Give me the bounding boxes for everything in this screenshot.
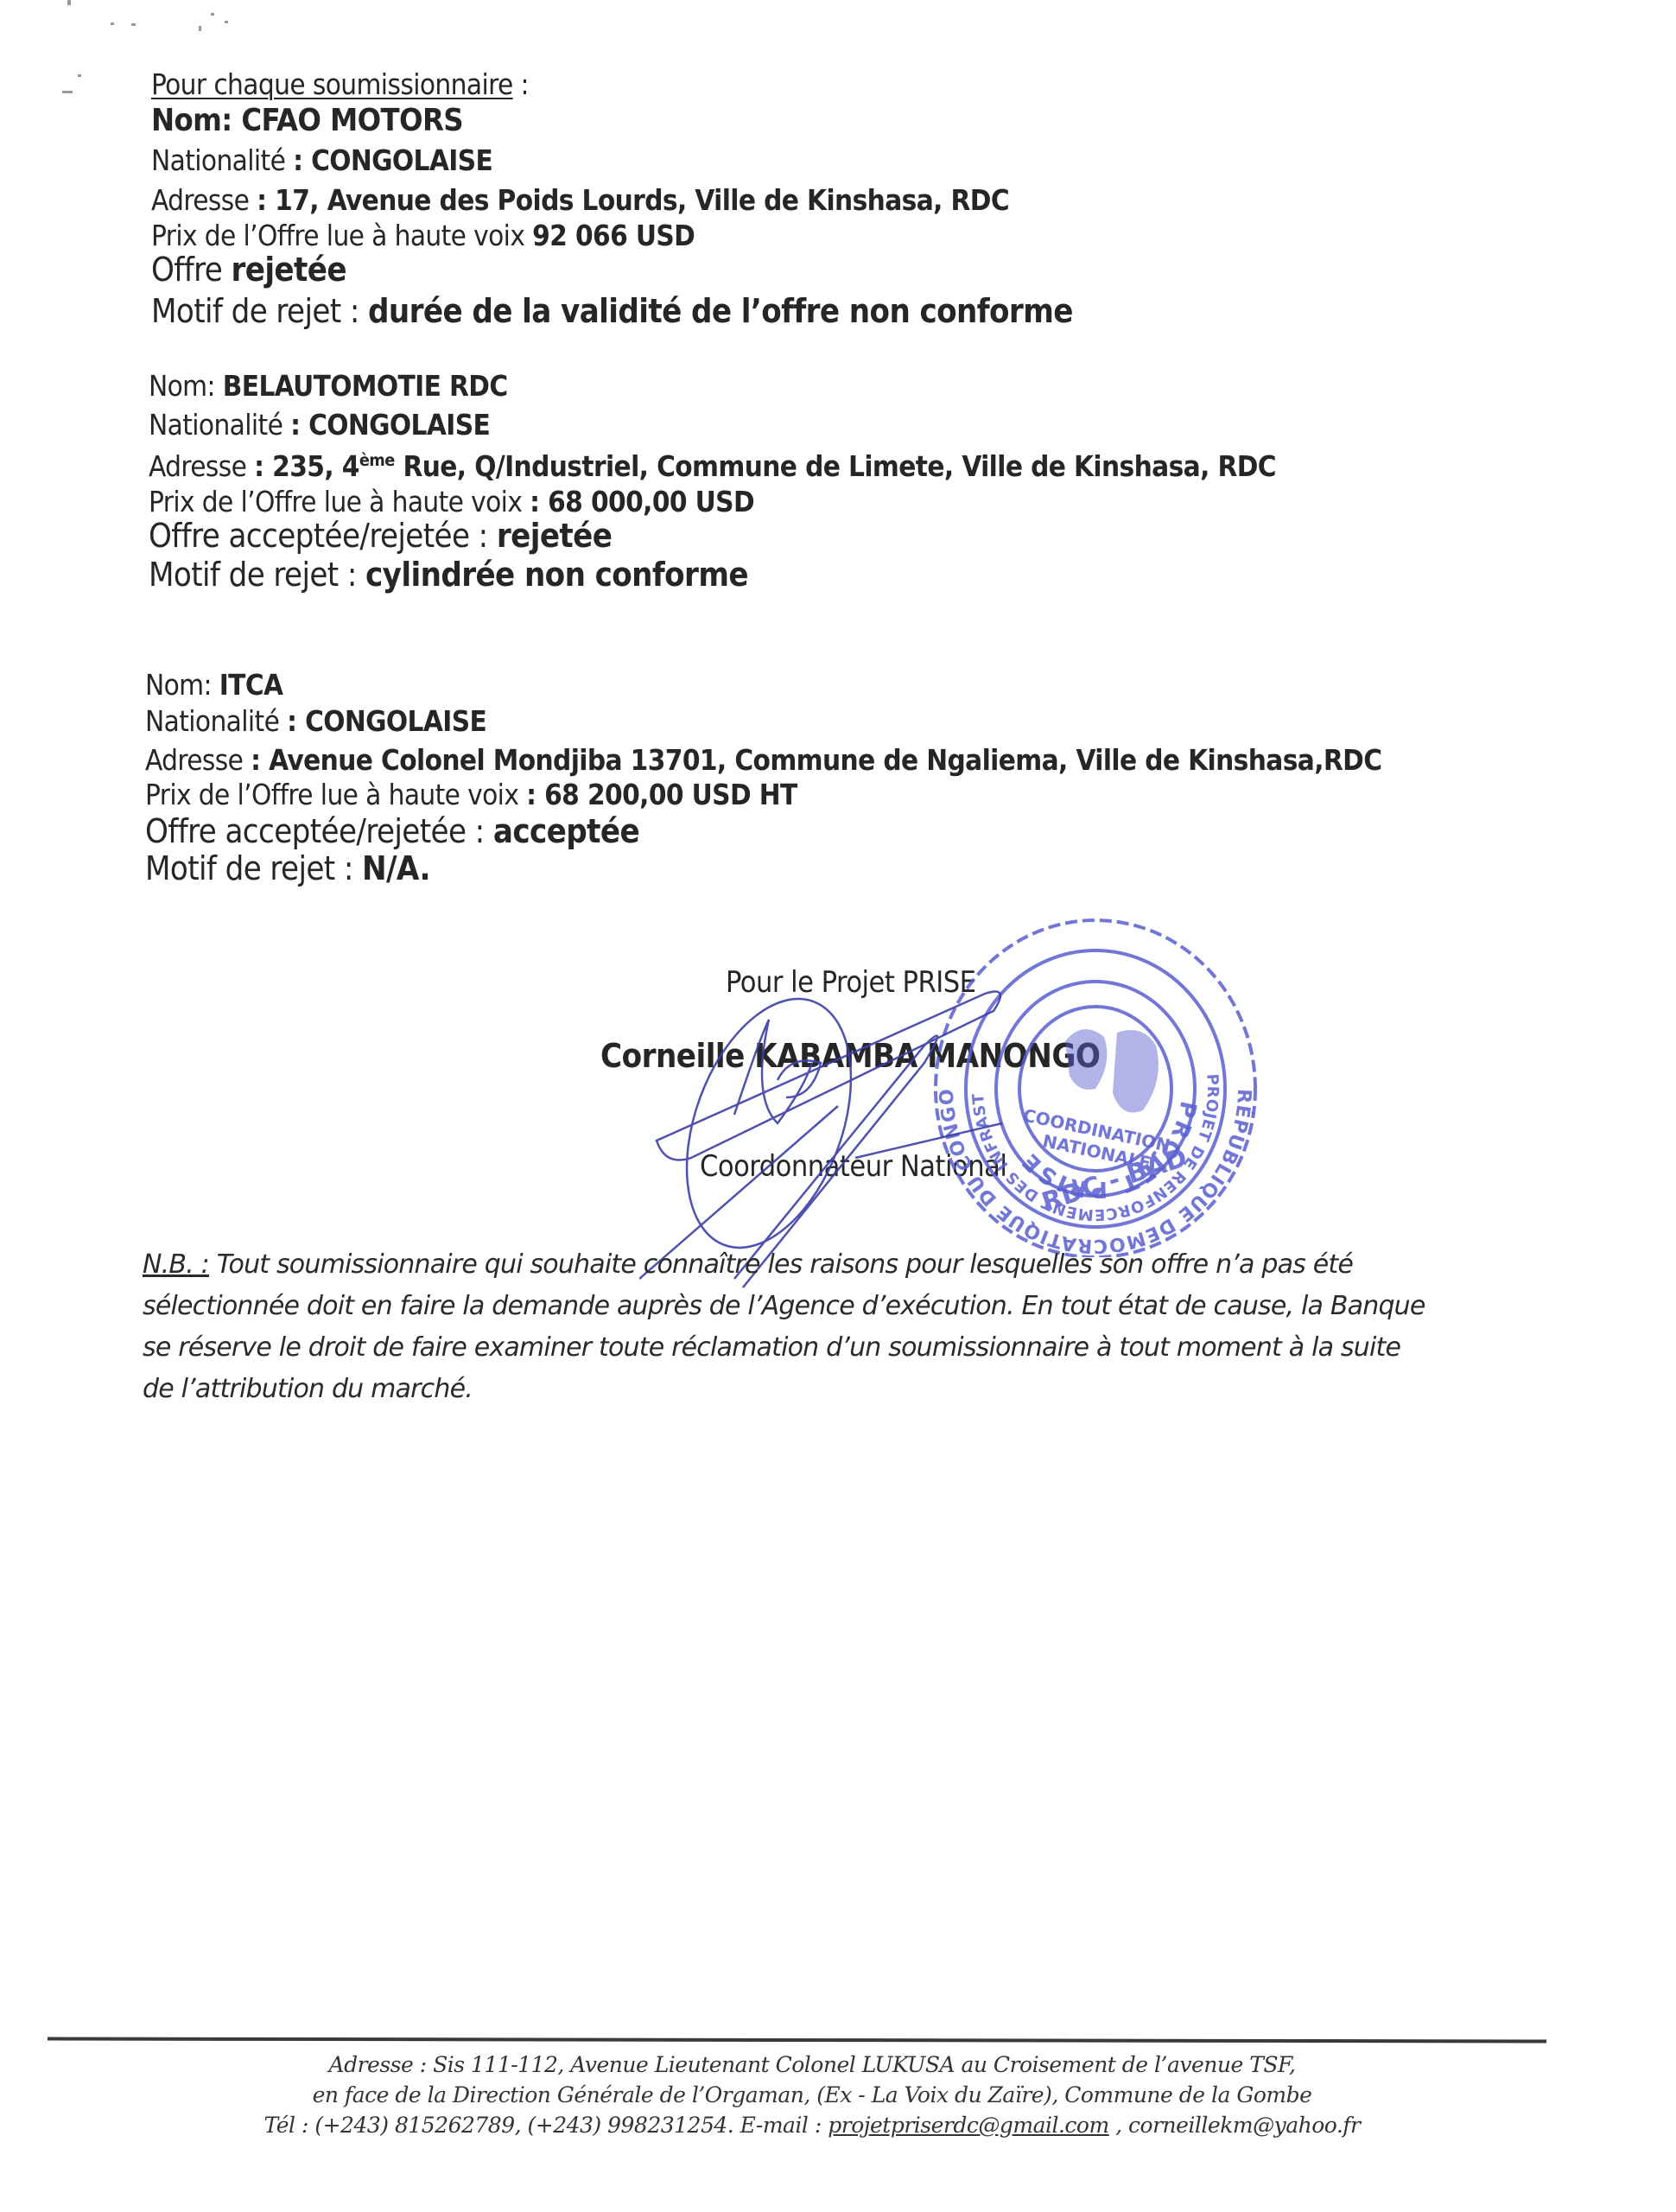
bidder-nationality: Nationalité : CONGOLAISE [151, 143, 492, 178]
bidder-reason: Motif de rejet : N/A. [145, 851, 430, 886]
bidder-price: Prix de l’Offre lue à haute voix : 68 20… [145, 778, 797, 812]
bidder-reason: Motif de rejet : durée de la validité de… [151, 294, 1073, 328]
bidder-address: Adresse : Avenue Colonel Mondjiba 13701,… [145, 743, 1381, 778]
intro-heading: Pour chaque soumissionnaire : [151, 67, 529, 102]
bidder-price: Prix de l’Offre lue à haute voix : 68 00… [149, 485, 754, 519]
bidder-status: Offre acceptée/rejetée : rejetée [149, 518, 612, 553]
svg-text:NATIONALE: NATIONALE [1041, 1130, 1153, 1173]
document-page: Pour chaque soumissionnaire : Nom: CFAO … [0, 0, 1676, 2212]
email-secondary: corneillekm@yahoo.fr [1128, 2113, 1360, 2138]
svg-text:PROJET PRISE: PROJET PRISE [1016, 1099, 1201, 1203]
email-link-primary[interactable]: projetpriserdc@gmail.com [828, 2113, 1108, 2138]
bidder-name: Nom: CFAO MOTORS [151, 104, 463, 138]
nb-text: Tout soumissionnaire qui souhaite connaî… [143, 1249, 1425, 1404]
for-project-label: Pour le Projet PRISE [726, 965, 976, 1000]
footer-line-3: Tél : (+243) 815262789, (+243) 998231254… [259, 2110, 1365, 2140]
bidder-status: Offre rejetée [151, 252, 346, 287]
bidder-address: Adresse : 235, 4ème Rue, Q/Industriel, C… [149, 449, 1276, 484]
nb-note: N.B. : Tout soumissionnaire qui souhaite… [143, 1244, 1438, 1410]
signatory-name: Corneille KABAMBA MANONGO [600, 1037, 1100, 1075]
footer-address: Adresse : Sis 111-112, Avenue Lieutenant… [259, 2050, 1365, 2140]
svg-text:COORDINATION: COORDINATION [1021, 1104, 1172, 1156]
bidder-address: Adresse : 17, Avenue des Poids Lourds, V… [151, 183, 1009, 218]
bidder-name: Nom: ITCA [145, 668, 283, 702]
footer-line-1: Adresse : Sis 111-112, Avenue Lieutenant… [259, 2050, 1365, 2080]
bidder-status: Offre acceptée/rejetée : acceptée [145, 814, 639, 849]
svg-text:RDC - BAD: RDC - BAD [1038, 1142, 1191, 1217]
signatory-title: Coordonnateur National [700, 1149, 1006, 1184]
official-stamp-icon: RÉPUBLIQUE DEMOCRATIQUE DU CONGO PROJET … [931, 903, 1260, 1257]
bidder-name: Nom: BELAUTOMOTIE RDC [149, 369, 508, 404]
bidder-nationality: Nationalité : CONGOLAISE [149, 408, 490, 442]
bidder-reason: Motif de rejet : cylindrée non conforme [149, 557, 748, 592]
footer-line-2: en face de la Direction Générale de l’Or… [259, 2080, 1365, 2110]
nb-label: N.B. : [143, 1249, 209, 1280]
footer-divider [48, 2037, 1546, 2043]
bidder-nationality: Nationalité : CONGOLAISE [145, 704, 486, 739]
bidder-price: Prix de l’Offre lue à haute voix 92 066 … [151, 219, 695, 253]
